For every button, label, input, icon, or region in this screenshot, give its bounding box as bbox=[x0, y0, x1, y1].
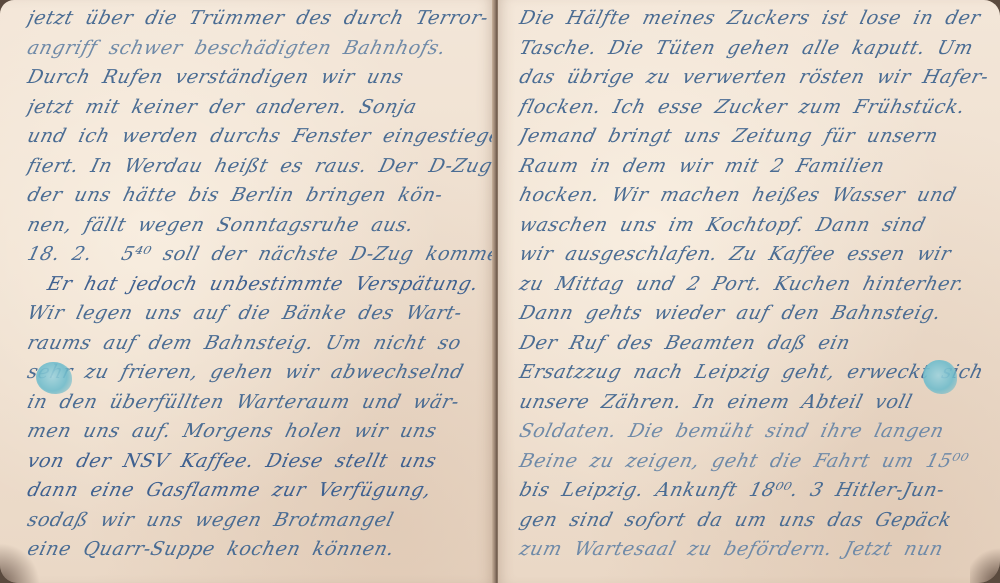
handwritten-line: waschen uns im Kochtopf. Dann sind bbox=[516, 211, 998, 241]
handwritten-line: raums auf dem Bahnsteig. Um nicht so bbox=[24, 329, 494, 359]
handwritten-line: Jemand bringt uns Zeitung für unsern bbox=[516, 122, 998, 152]
ink-blot bbox=[923, 360, 957, 394]
handwritten-line: zu Mittag und 2 Port. Kuchen hinterher. bbox=[516, 270, 998, 300]
handwritten-line: angriff schwer beschädigten Bahnhofs. bbox=[24, 34, 494, 64]
handwritten-line: flocken. Ich esse Zucker zum Frühstück. bbox=[516, 93, 998, 123]
right-page-text: Die Hälfte meines Zuckers ist lose in de… bbox=[516, 4, 991, 565]
handwritten-line: sehr zu frieren, gehen wir abwechselnd bbox=[24, 358, 494, 388]
handwritten-line: wir ausgeschlafen. Zu Kaffee essen wir bbox=[516, 240, 998, 270]
handwritten-line: Er hat jedoch unbestimmte Verspätung. bbox=[24, 270, 494, 300]
handwritten-line: Der Ruf des Beamten daß ein bbox=[516, 329, 998, 359]
handwritten-line: Raum in dem wir mit 2 Familien bbox=[516, 152, 998, 182]
handwritten-line: Dann gehts wieder auf den Bahnsteig. bbox=[516, 299, 998, 329]
handwritten-line: in den überfüllten Warteraum und wär- bbox=[24, 388, 494, 418]
handwritten-line: unsere Zähren. In einem Abteil voll bbox=[516, 388, 998, 418]
handwritten-line: Beine zu zeigen, geht die Fahrt um 15⁰⁰ bbox=[516, 447, 998, 477]
handwritten-line: nen, fällt wegen Sonntagsruhe aus. bbox=[24, 211, 494, 241]
handwritten-line: fiert. In Werdau heißt es raus. Der D-Zu… bbox=[24, 152, 494, 182]
handwritten-line: von der NSV Kaffee. Diese stellt uns bbox=[24, 447, 494, 477]
handwritten-line: hocken. Wir machen heißes Wasser und bbox=[516, 181, 998, 211]
handwritten-line: Wir legen uns auf die Bänke des Wart- bbox=[24, 299, 494, 329]
handwritten-line: dann eine Gasflamme zur Verfügung, bbox=[24, 476, 494, 506]
entry-date: 18. 2. bbox=[25, 243, 94, 265]
handwritten-line: men uns auf. Morgens holen wir uns bbox=[24, 417, 494, 447]
right-page: Die Hälfte meines Zuckers ist lose in de… bbox=[498, 0, 1000, 583]
handwritten-line: eine Quarr-Suppe kochen können. bbox=[24, 535, 494, 565]
page-corner-shadow bbox=[0, 543, 40, 583]
left-page-text: jetzt über die Trümmer des durch Terror-… bbox=[24, 4, 489, 565]
left-page: jetzt über die Trümmer des durch Terror-… bbox=[0, 0, 494, 583]
handwritten-line: Die Hälfte meines Zuckers ist lose in de… bbox=[516, 4, 998, 34]
notebook-spread: jetzt über die Trümmer des durch Terror-… bbox=[0, 0, 1000, 583]
handwritten-line: bis Leipzig. Ankunft 18⁰⁰. 3 Hitler-Jun- bbox=[516, 476, 998, 506]
handwritten-line: jetzt mit keiner der anderen. Sonja bbox=[24, 93, 494, 123]
handwritten-line: jetzt über die Trümmer des durch Terror- bbox=[24, 4, 494, 34]
handwritten-line: der uns hätte bis Berlin bringen kön- bbox=[24, 181, 494, 211]
handwritten-line: Soldaten. Die bemüht sind ihre langen bbox=[516, 417, 998, 447]
entry-first-line: 5⁴⁰ soll der nächste D-Zug kommen. bbox=[119, 243, 494, 265]
handwritten-line: gen sind sofort da um uns das Gepäck bbox=[516, 506, 998, 536]
handwritten-line: das übrige zu verwerten rösten wir Hafer… bbox=[516, 63, 998, 93]
ink-blot bbox=[36, 362, 72, 394]
handwritten-line: Durch Rufen verständigen wir uns bbox=[24, 63, 494, 93]
page-corner-shadow bbox=[970, 543, 1000, 583]
dated-entry-line: 18. 2.5⁴⁰ soll der nächste D-Zug kommen. bbox=[24, 240, 494, 270]
handwritten-line: und ich werden durchs Fenster eingestieg… bbox=[24, 122, 494, 152]
handwritten-line: sodaß wir uns wegen Brotmangel bbox=[24, 506, 494, 536]
handwritten-line: Tasche. Die Tüten gehen alle kaputt. Um bbox=[516, 34, 998, 64]
handwritten-line: zum Wartesaal zu befördern. Jetzt nun bbox=[516, 535, 998, 565]
